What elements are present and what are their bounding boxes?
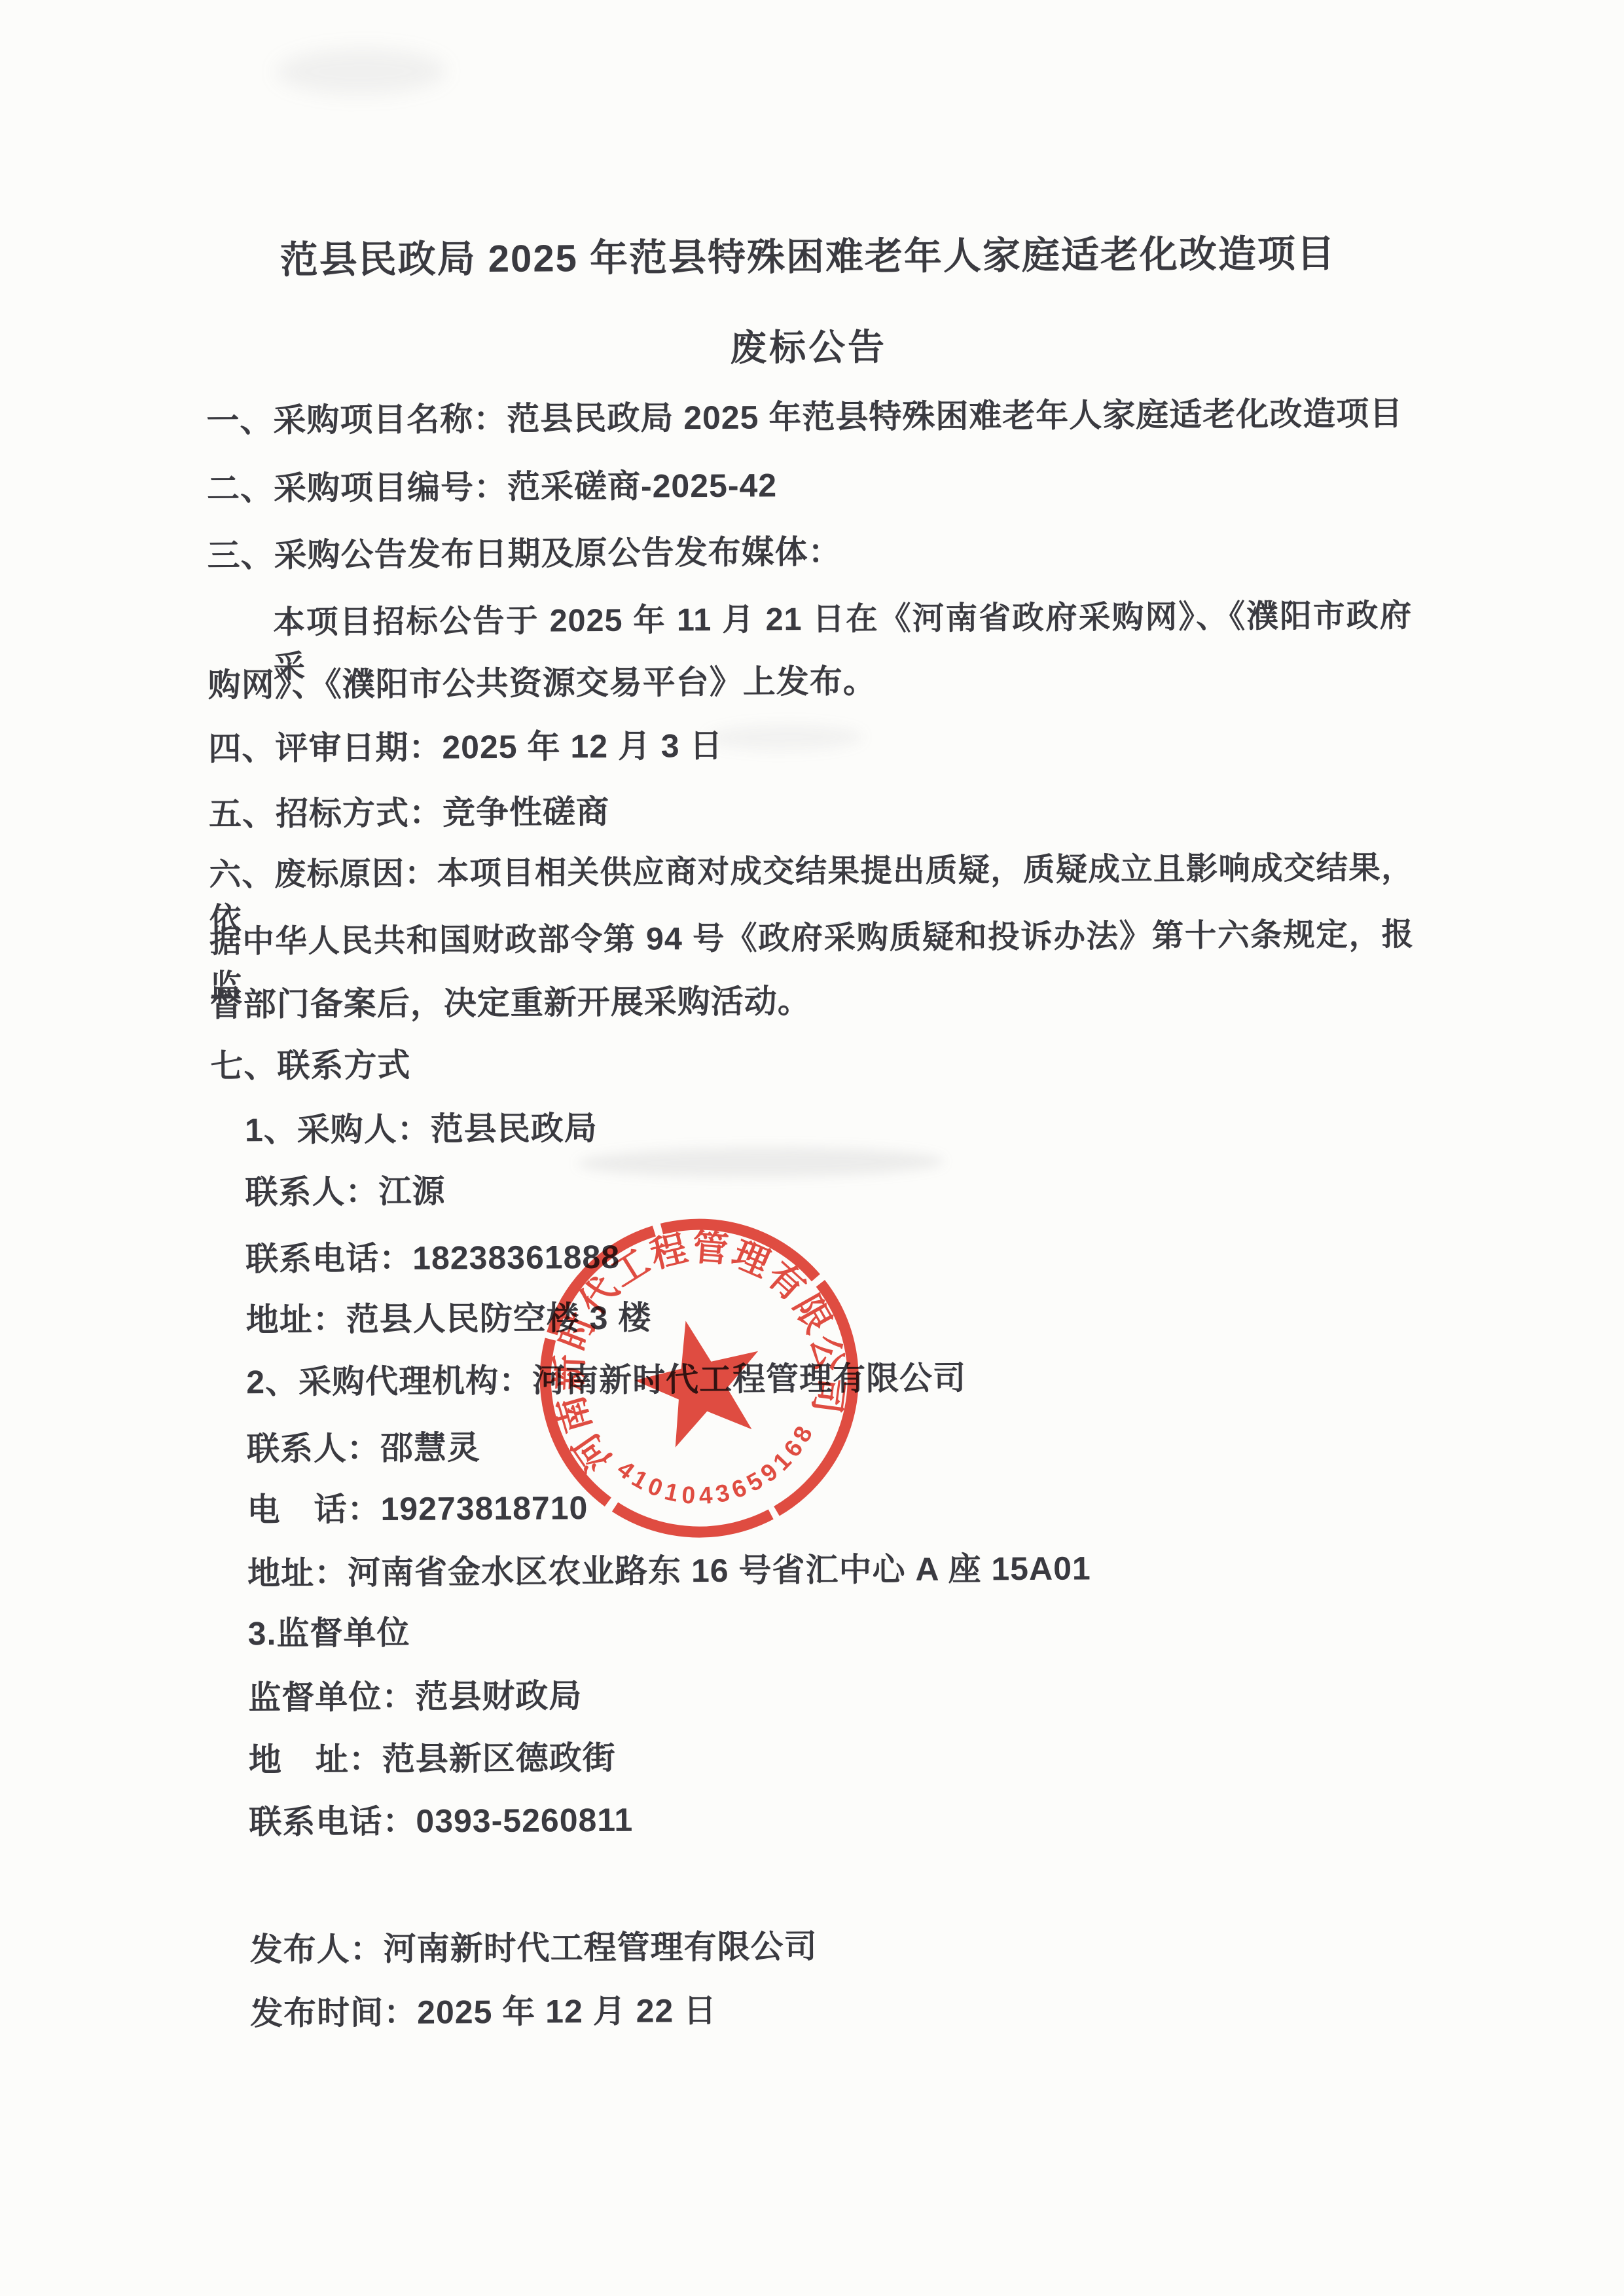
supervisor-phone-line: 联系电话：0393-5260811 [249,1797,633,1846]
review-date-line: 四、评审日期：2025 年 12 月 3 日 [208,723,723,772]
bid-method-line: 五、招标方式：竞争性磋商 [209,789,609,837]
scanned-document-page: 范县民政局 2025 年范县特殊困难老年人家庭适老化改造项目 废标公告 一、采购… [0,0,1624,2296]
agency-contact-line: 联系人：邵慧灵 [247,1425,480,1472]
publish-media-heading-line: 三、采购公告发布日期及原公告发布媒体： [207,529,841,579]
company-seal: 河南新时代工程管理有限公司 4101043659168 [518,1196,881,1559]
scan-artifact [276,48,446,95]
document-content: 范县民政局 2025 年范县特殊困难老年人家庭适老化改造项目 废标公告 一、采购… [0,0,1624,2296]
publish-date-line: 发布时间：2025 年 12 月 22 日 [250,1988,717,2036]
seal-number: 4101043659168 [608,1411,831,1530]
notice-type-title: 废标公告 [0,317,1621,378]
purchaser-contact-line: 联系人：江源 [245,1168,445,1215]
project-number-line: 二、采购项目编号：范采磋商-2025-42 [207,462,778,511]
publish-media-text-line-2: 购网》、《濮阳市公共资源交易平台》上发布。 [208,658,876,708]
cancel-reason-line-3: 督部门备案后，决定重新开展采购活动。 [210,978,811,1028]
project-name-line: 一、采购项目名称：范县民政局 2025 年范县特殊困难老年人家庭适老化改造项目 [206,390,1403,443]
scan-artifact [577,1146,944,1178]
scan-artifact [706,724,863,751]
contact-heading-line: 七、联系方式 [210,1042,410,1089]
seal-star-icon [624,1306,775,1453]
purchaser-line: 1、采购人：范县民政局 [245,1105,598,1153]
document-title: 范县民政局 2025 年范县特殊困难老年人家庭适老化改造项目 [0,225,1620,288]
supervisor-address-line: 地 址：范县新区德政街 [249,1735,616,1783]
publisher-line: 发布人：河南新时代工程管理有限公司 [249,1923,817,1973]
supervisor-unit-line: 监督单位：范县财政局 [248,1673,582,1721]
supervisor-heading-line: 3.监督单位 [247,1610,410,1657]
